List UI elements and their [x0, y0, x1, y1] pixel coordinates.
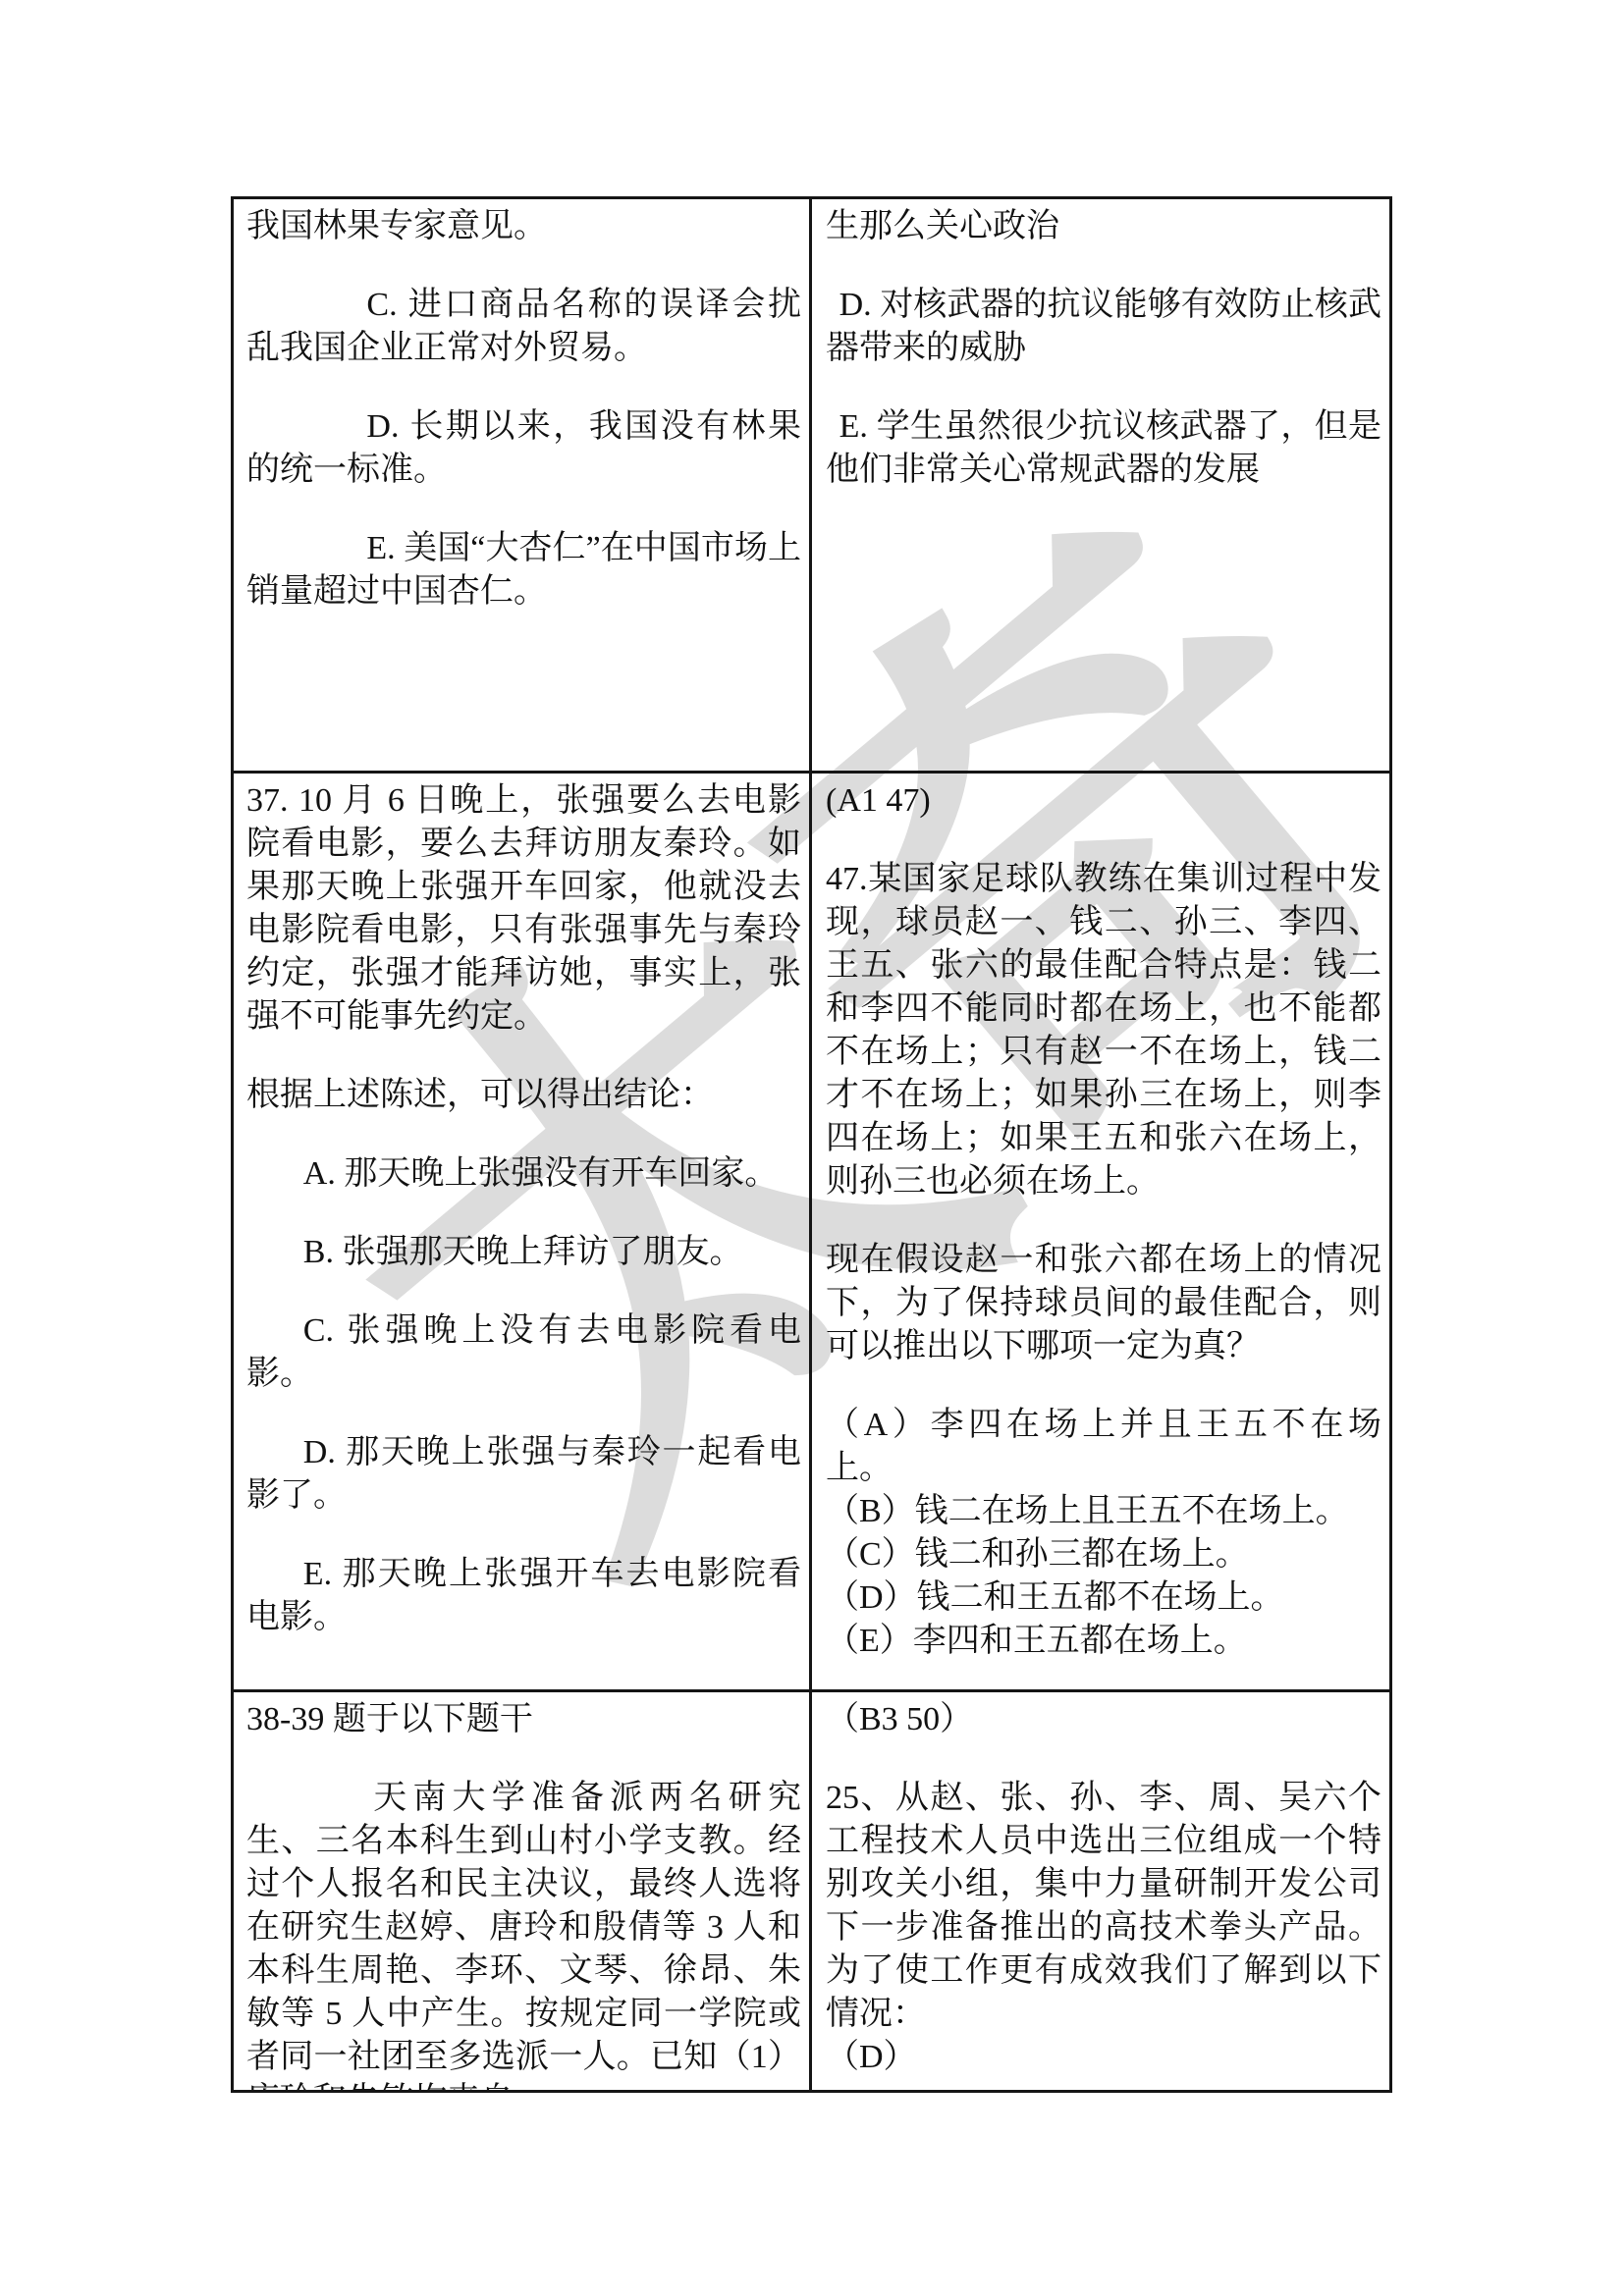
- option-d: D. 那天晚上张强与秦玲一起看电影了。: [246, 1431, 801, 1518]
- option-d: （D）钱二和王五都不在场上。: [826, 1576, 1381, 1620]
- option-e: E. 学生虽然很少抗议核武器了，但是他们非常关心常规武器的发展: [826, 405, 1381, 492]
- question-47-prompt: 现在假设赵一和张六都在场上的情况下，为了保持球员间的最佳配合，则可以推出以下哪项…: [826, 1239, 1381, 1368]
- option-e: （E）李四和王五都在场上。: [826, 1620, 1381, 1663]
- option-a: （A）李四在场上并且王五不在场上。: [826, 1404, 1381, 1490]
- section-header-38-39: 38-39 题于以下题干: [246, 1698, 801, 1741]
- option-c: （C）钱二和孙三都在场上。: [826, 1533, 1381, 1576]
- option-d: D. 长期以来，我国没有林果的统一标准。: [246, 405, 801, 492]
- option-e: E. 美国“大杏仁”在中国市场上销量超过中国杏仁。: [246, 527, 801, 614]
- option-b: （B）钱二在场上且王五不在场上。: [826, 1490, 1381, 1533]
- option-a: A. 那天晚上张强没有开车回家。: [246, 1152, 801, 1196]
- option-e: E. 那天晚上张强开车去电影院看电影。: [246, 1553, 801, 1639]
- option-c: C. 进口商品名称的误译会扰乱我国企业正常对外贸易。: [246, 284, 801, 370]
- cell-row3-right: （B3 50） 25、从赵、张、孙、李、周、吴六个工程技术人员中选出三位组成一个…: [812, 1692, 1389, 2090]
- answer-mark: （D）: [826, 2036, 1381, 2079]
- question-37-stem: 37. 10 月 6 日晚上，张强要么去电影院看电影，要么去拜访朋友秦玲。如果那…: [246, 779, 801, 1039]
- cell-row1-right: 生那么关心政治 D. 对核武器的抗议能够有效防止核武器带来的威胁 E. 学生虽然…: [812, 199, 1389, 774]
- cell-row3-left: 38-39 题于以下题干 天南大学准备派两名研究生、三名本科生到山村小学支教。经…: [234, 1692, 812, 2090]
- continued-text: 我国林果专家意见。: [246, 205, 801, 248]
- question-25-stem: 25、从赵、张、孙、李、周、吴六个工程技术人员中选出三位组成一个特别攻关小组，集…: [826, 1777, 1381, 2036]
- option-d: D. 对核武器的抗议能够有效防止核武器带来的威胁: [826, 284, 1381, 370]
- cell-row2-right: (A1 47) 47.某国家足球队教练在集训过程中发现，球员赵一、钱二、孙三、李…: [812, 774, 1389, 1692]
- option-b: B. 张强那天晚上拜访了朋友。: [246, 1231, 801, 1274]
- question-47-stem: 47.某国家足球队教练在集训过程中发现，球员赵一、钱二、孙三、李四、王五、张六的…: [826, 858, 1381, 1203]
- cell-row1-left: 我国林果专家意见。 C. 进口商品名称的误译会扰乱我国企业正常对外贸易。 D. …: [234, 199, 812, 774]
- question-table: 我国林果专家意见。 C. 进口商品名称的误译会扰乱我国企业正常对外贸易。 D. …: [231, 196, 1392, 2093]
- continued-text: 生那么关心政治: [826, 205, 1381, 248]
- section-stem: 天南大学准备派两名研究生、三名本科生到山村小学支教。经过个人报名和民主决议，最终…: [246, 1777, 801, 2090]
- question-37-prompt: 根据上述陈述，可以得出结论：: [246, 1074, 801, 1117]
- source-tag: （B3 50）: [826, 1698, 1381, 1741]
- option-c: C. 张强晚上没有去电影院看电影。: [246, 1309, 801, 1396]
- cell-row2-left: 37. 10 月 6 日晚上，张强要么去电影院看电影，要么去拜访朋友秦玲。如果那…: [234, 774, 812, 1692]
- source-tag: (A1 47): [826, 779, 1381, 823]
